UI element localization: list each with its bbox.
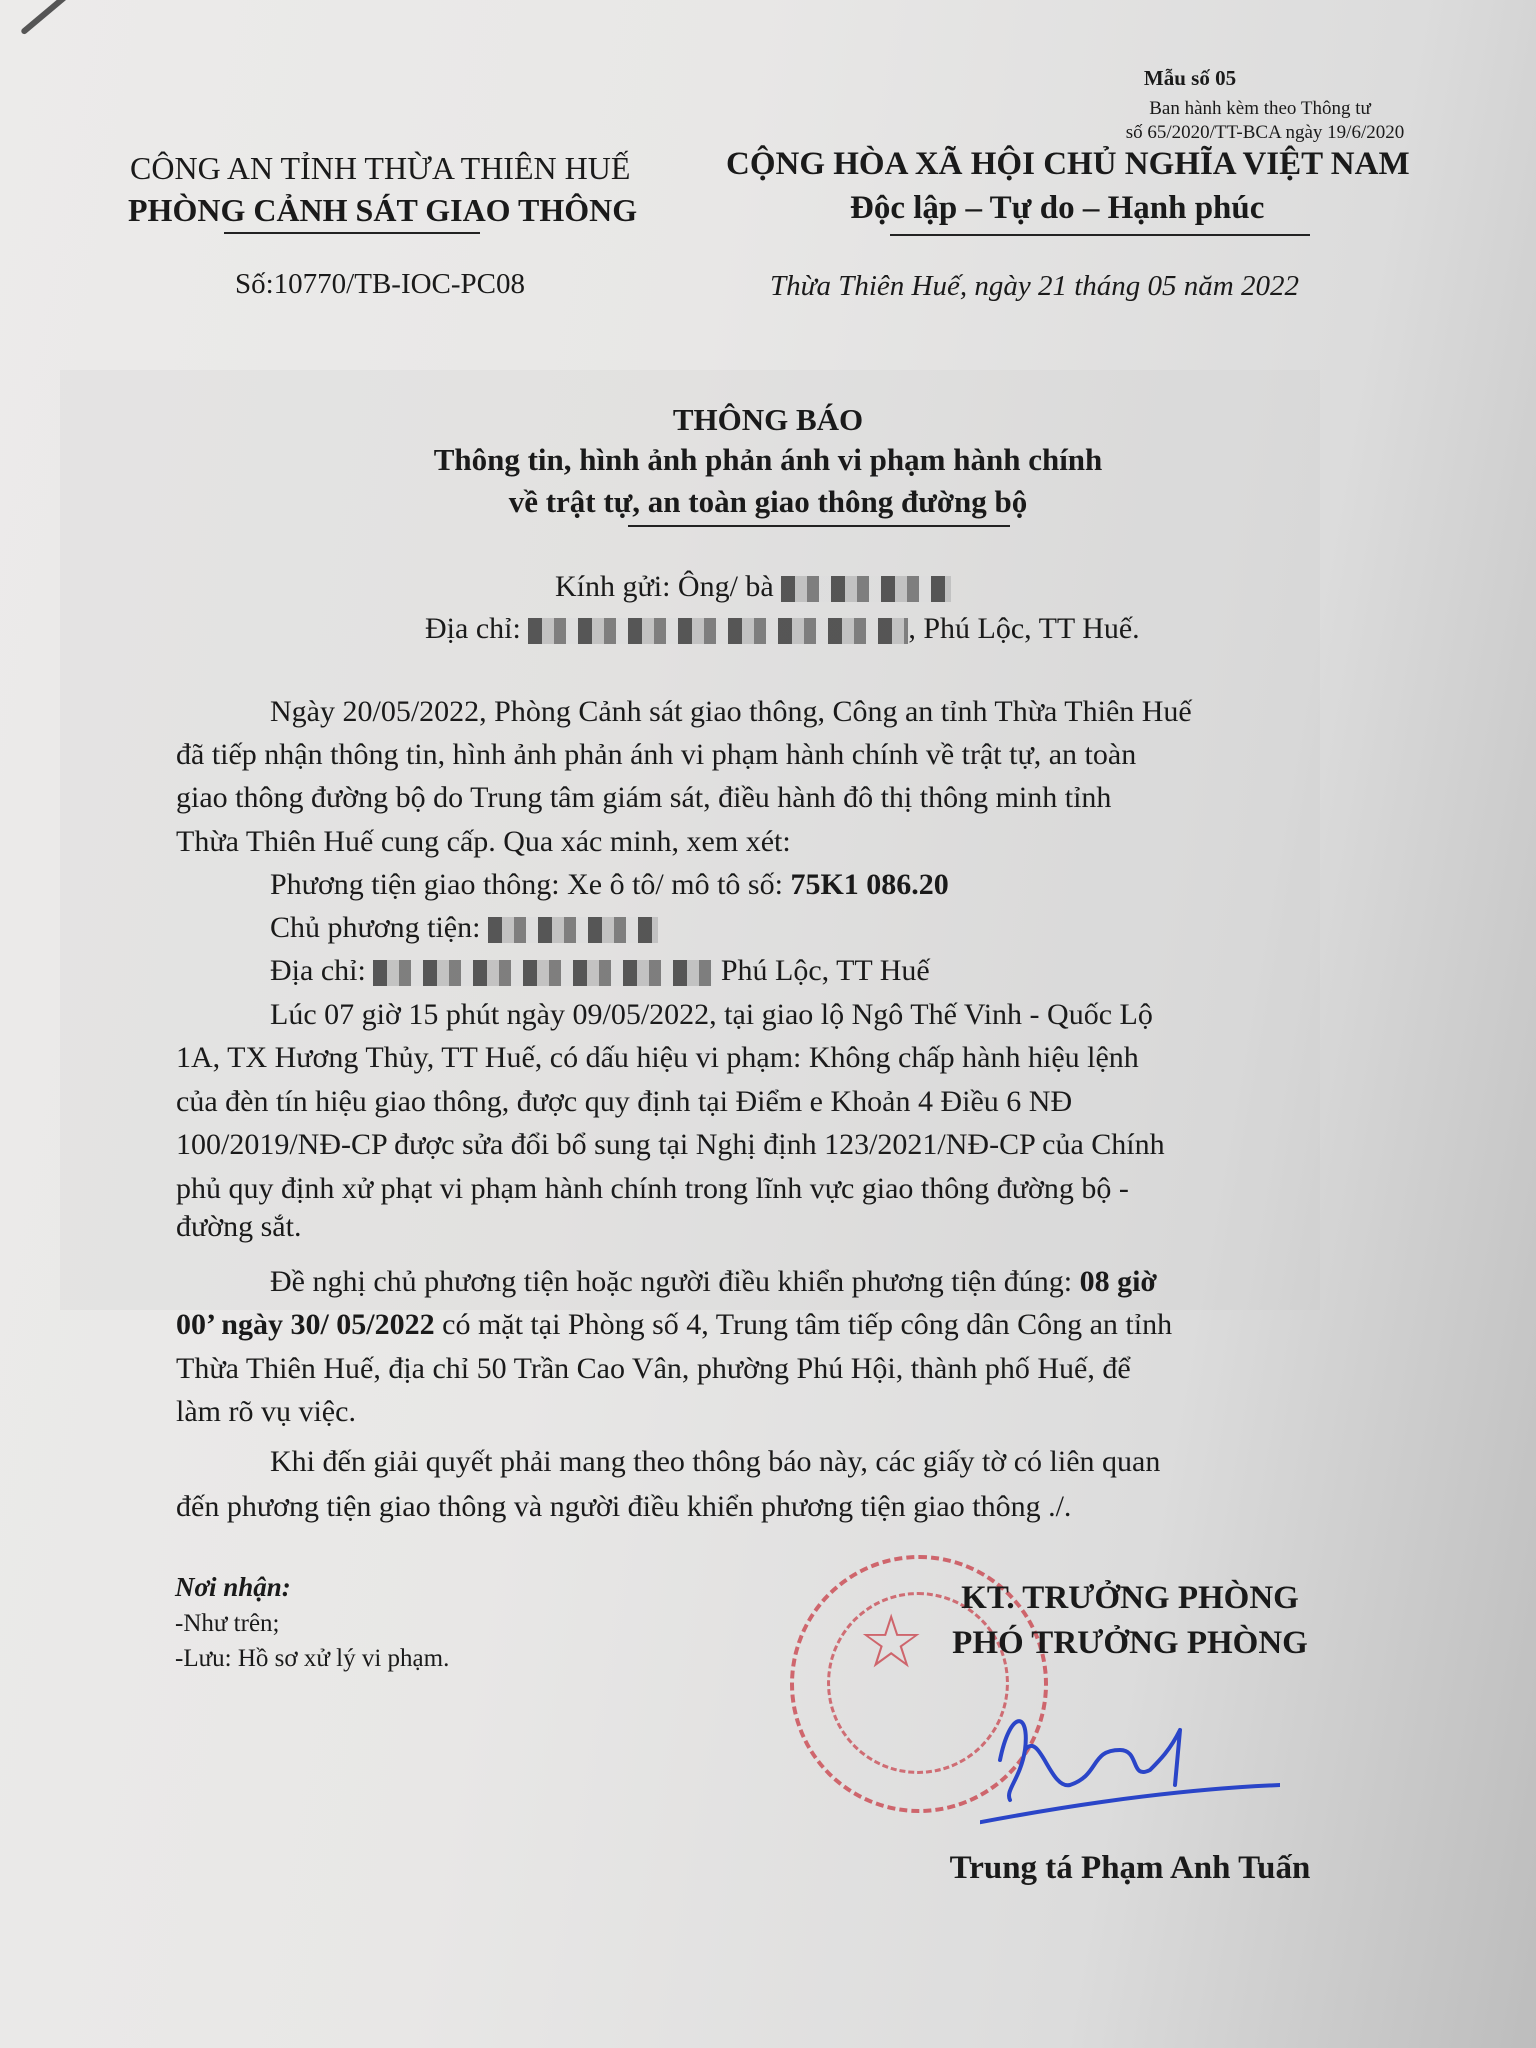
recipients-title: Nơi nhận: <box>175 1572 291 1603</box>
divider <box>890 234 1310 236</box>
paragraph-line: 100/2019/NĐ-CP được sửa đổi bổ sung tại … <box>176 1128 1165 1162</box>
paragraph-line: Khi đến giải quyết phải mang theo thông … <box>270 1445 1160 1479</box>
appointment-place: có mặt tại Phòng số 4, Trung tâm tiếp cô… <box>435 1308 1172 1341</box>
appointment-text: Đề nghị chủ phương tiện hoặc người điều … <box>270 1265 1080 1298</box>
paragraph-line: đã tiếp nhận thông tin, hình ảnh phản án… <box>176 738 1136 772</box>
signature-title-line1: KT. TRƯỞNG PHÒNG <box>870 1580 1390 1617</box>
vehicle-line: Phương tiện giao thông: Xe ô tô/ mô tô s… <box>270 868 949 902</box>
appointment-date: 00’ ngày 30/ 05/2022 <box>176 1308 435 1341</box>
divider <box>628 525 1010 527</box>
paragraph-line: giao thông đường bộ do Trung tâm giám sá… <box>176 781 1111 815</box>
recipient-address-line: Địa chỉ: , Phú Lộc, TT Huế. <box>425 612 1140 646</box>
recipient-line: Kính gửi: Ông/ bà <box>555 570 951 604</box>
owner-line: Chủ phương tiện: <box>270 911 658 945</box>
paragraph-line: Thừa Thiên Huế, địa chỉ 50 Trần Cao Vân,… <box>176 1352 1131 1386</box>
vehicle-label: Phương tiện giao thông: Xe ô tô/ mô tô s… <box>270 868 783 901</box>
address-label: Địa chỉ: <box>425 612 521 645</box>
redacted-owner <box>488 917 658 943</box>
issuing-authority: CÔNG AN TỈNH THỪA THIÊN HUẾ <box>130 150 630 187</box>
handwritten-signature <box>980 1690 1280 1830</box>
appointment-time: 08 giờ <box>1080 1265 1157 1298</box>
paragraph-line: của đèn tín hiệu giao thông, được quy đị… <box>176 1085 1072 1119</box>
recipient-label: Kính gửi: Ông/ bà <box>555 570 774 603</box>
recipients-item: -Lưu: Hồ sơ xử lý vi phạm. <box>175 1645 449 1673</box>
form-note-line1: Ban hành kèm theo Thông tư <box>1060 98 1460 120</box>
national-motto: Độc lập – Tự do – Hạnh phúc <box>850 190 1264 227</box>
license-plate: 75K1 086.20 <box>790 868 948 901</box>
redacted-address <box>528 618 908 644</box>
document-number: Số:10770/TB-IOC-PC08 <box>235 268 525 301</box>
paragraph-line: Lúc 07 giờ 15 phút ngày 09/05/2022, tại … <box>270 998 1153 1032</box>
signatory-name: Trung tá Phạm Anh Tuấn <box>870 1850 1390 1887</box>
paragraph-line: Thừa Thiên Huế cung cấp. Qua xác minh, x… <box>176 825 791 859</box>
owner-label: Chủ phương tiện: <box>270 911 480 944</box>
paragraph-line: đường sắt. <box>176 1210 301 1244</box>
paragraph-line: Ngày 20/05/2022, Phòng Cảnh sát giao thô… <box>270 695 1192 729</box>
place-date: Thừa Thiên Huế, ngày 21 tháng 05 năm 202… <box>770 270 1299 303</box>
paragraph-line: Đề nghị chủ phương tiện hoặc người điều … <box>270 1265 1157 1299</box>
form-number: Mẫu số 05 <box>1090 66 1290 91</box>
document-subtitle-line2: về trật tự, an toàn giao thông đường bộ <box>0 484 1536 520</box>
redacted-owner-address <box>373 960 713 986</box>
recipients-item: -Như trên; <box>175 1610 280 1638</box>
owner-address-suffix: Phú Lộc, TT Huế <box>721 954 930 987</box>
divider <box>224 232 480 234</box>
document-subtitle-line1: Thông tin, hình ảnh phản ánh vi phạm hàn… <box>0 442 1536 478</box>
paragraph-line: đến phương tiện giao thông và người điều… <box>176 1490 1071 1524</box>
issuing-department: PHÒNG CẢNH SÁT GIAO THÔNG <box>128 192 637 229</box>
owner-address-label: Địa chỉ: <box>270 954 366 987</box>
owner-address-line: Địa chỉ: Phú Lộc, TT Huế <box>270 954 930 988</box>
paragraph-line: 00’ ngày 30/ 05/2022 có mặt tại Phòng số… <box>176 1308 1172 1342</box>
paragraph-line: 1A, TX Hương Thủy, TT Huế, có dấu hiệu v… <box>176 1041 1139 1075</box>
redacted-name <box>781 576 951 602</box>
paragraph-line: làm rõ vụ việc. <box>176 1395 356 1429</box>
pen-mark <box>20 0 68 35</box>
national-title: CỘNG HÒA XÃ HỘI CHỦ NGHĨA VIỆT NAM <box>726 146 1410 183</box>
document-title: THÔNG BÁO <box>0 402 1536 438</box>
paragraph-line: phủ quy định xử phạt vi phạm hành chính … <box>176 1172 1129 1206</box>
form-note-line2: số 65/2020/TT-BCA ngày 19/6/2020 <box>1070 122 1460 144</box>
signature-title-line2: PHÓ TRƯỞNG PHÒNG <box>870 1625 1390 1662</box>
address-suffix: , Phú Lộc, TT Huế. <box>908 612 1139 645</box>
